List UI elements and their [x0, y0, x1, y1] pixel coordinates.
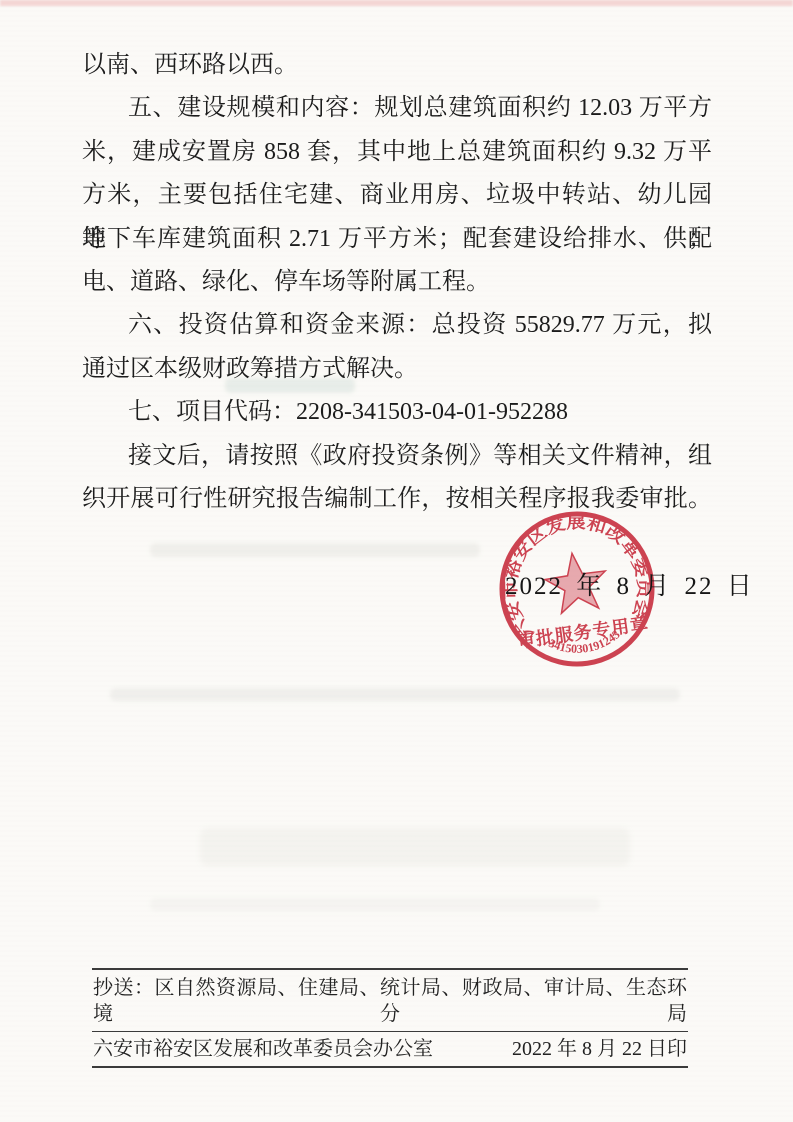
document-footer: 抄送：区自然资源局、住建局、统计局、财政局、审计局、生态环境分局 六安市裕安区发… [92, 968, 688, 1068]
issuing-office-line: 六安市裕安区发展和改革委员会办公室 2022 年 8 月 22 日印 [92, 1032, 688, 1066]
print-date: 2022 年 8 月 22 日印 [512, 1036, 687, 1062]
footer-bottom-rule [92, 1066, 688, 1068]
doc-line: 地下车库建筑面积 2.71 万平方米；配套建设给排水、供配 [82, 218, 712, 261]
document-page: 以南、西环路以西。 五、建设规模和内容：规划总建筑面积约 12.03 万平方 米… [0, 0, 793, 1122]
doc-line: 电、道路、绿化、停车场等附属工程。 [82, 261, 712, 304]
doc-line: 接文后，请按照《政府投资条例》等相关文件精神，组 [82, 435, 712, 478]
issuing-office: 六安市裕安区发展和改革委员会办公室 [93, 1036, 433, 1062]
doc-line: 以南、西环路以西。 [82, 44, 712, 87]
scan-artifact [0, 0, 793, 6]
doc-line: 五、建设规模和内容：规划总建筑面积约 12.03 万平方 [82, 87, 712, 130]
scan-artifact [150, 543, 480, 557]
scan-artifact [110, 688, 680, 701]
doc-line: 六、投资估算和资金来源：总投资 55829.77 万元，拟 [82, 304, 712, 347]
doc-line: 方米，主要包括住宅建、商业用房、垃圾中转站、幼儿园等； [82, 174, 712, 217]
scan-artifact [200, 828, 630, 866]
scan-artifact [150, 898, 600, 911]
document-body: 以南、西环路以西。 五、建设规模和内容：规划总建筑面积约 12.03 万平方 米… [82, 44, 712, 521]
doc-line: 七、项目代码：2208-341503-04-01-952288 [82, 391, 712, 434]
doc-line: 米，建成安置房 858 套，其中地上总建筑面积约 9.32 万平 [82, 131, 712, 174]
cc-distribution-line: 抄送：区自然资源局、住建局、统计局、财政局、审计局、生态环境分局 [92, 970, 688, 1031]
document-date: 2022 年 8 月 22 日 [505, 566, 754, 602]
doc-line: 通过区本级财政筹措方式解决。 [82, 348, 712, 391]
